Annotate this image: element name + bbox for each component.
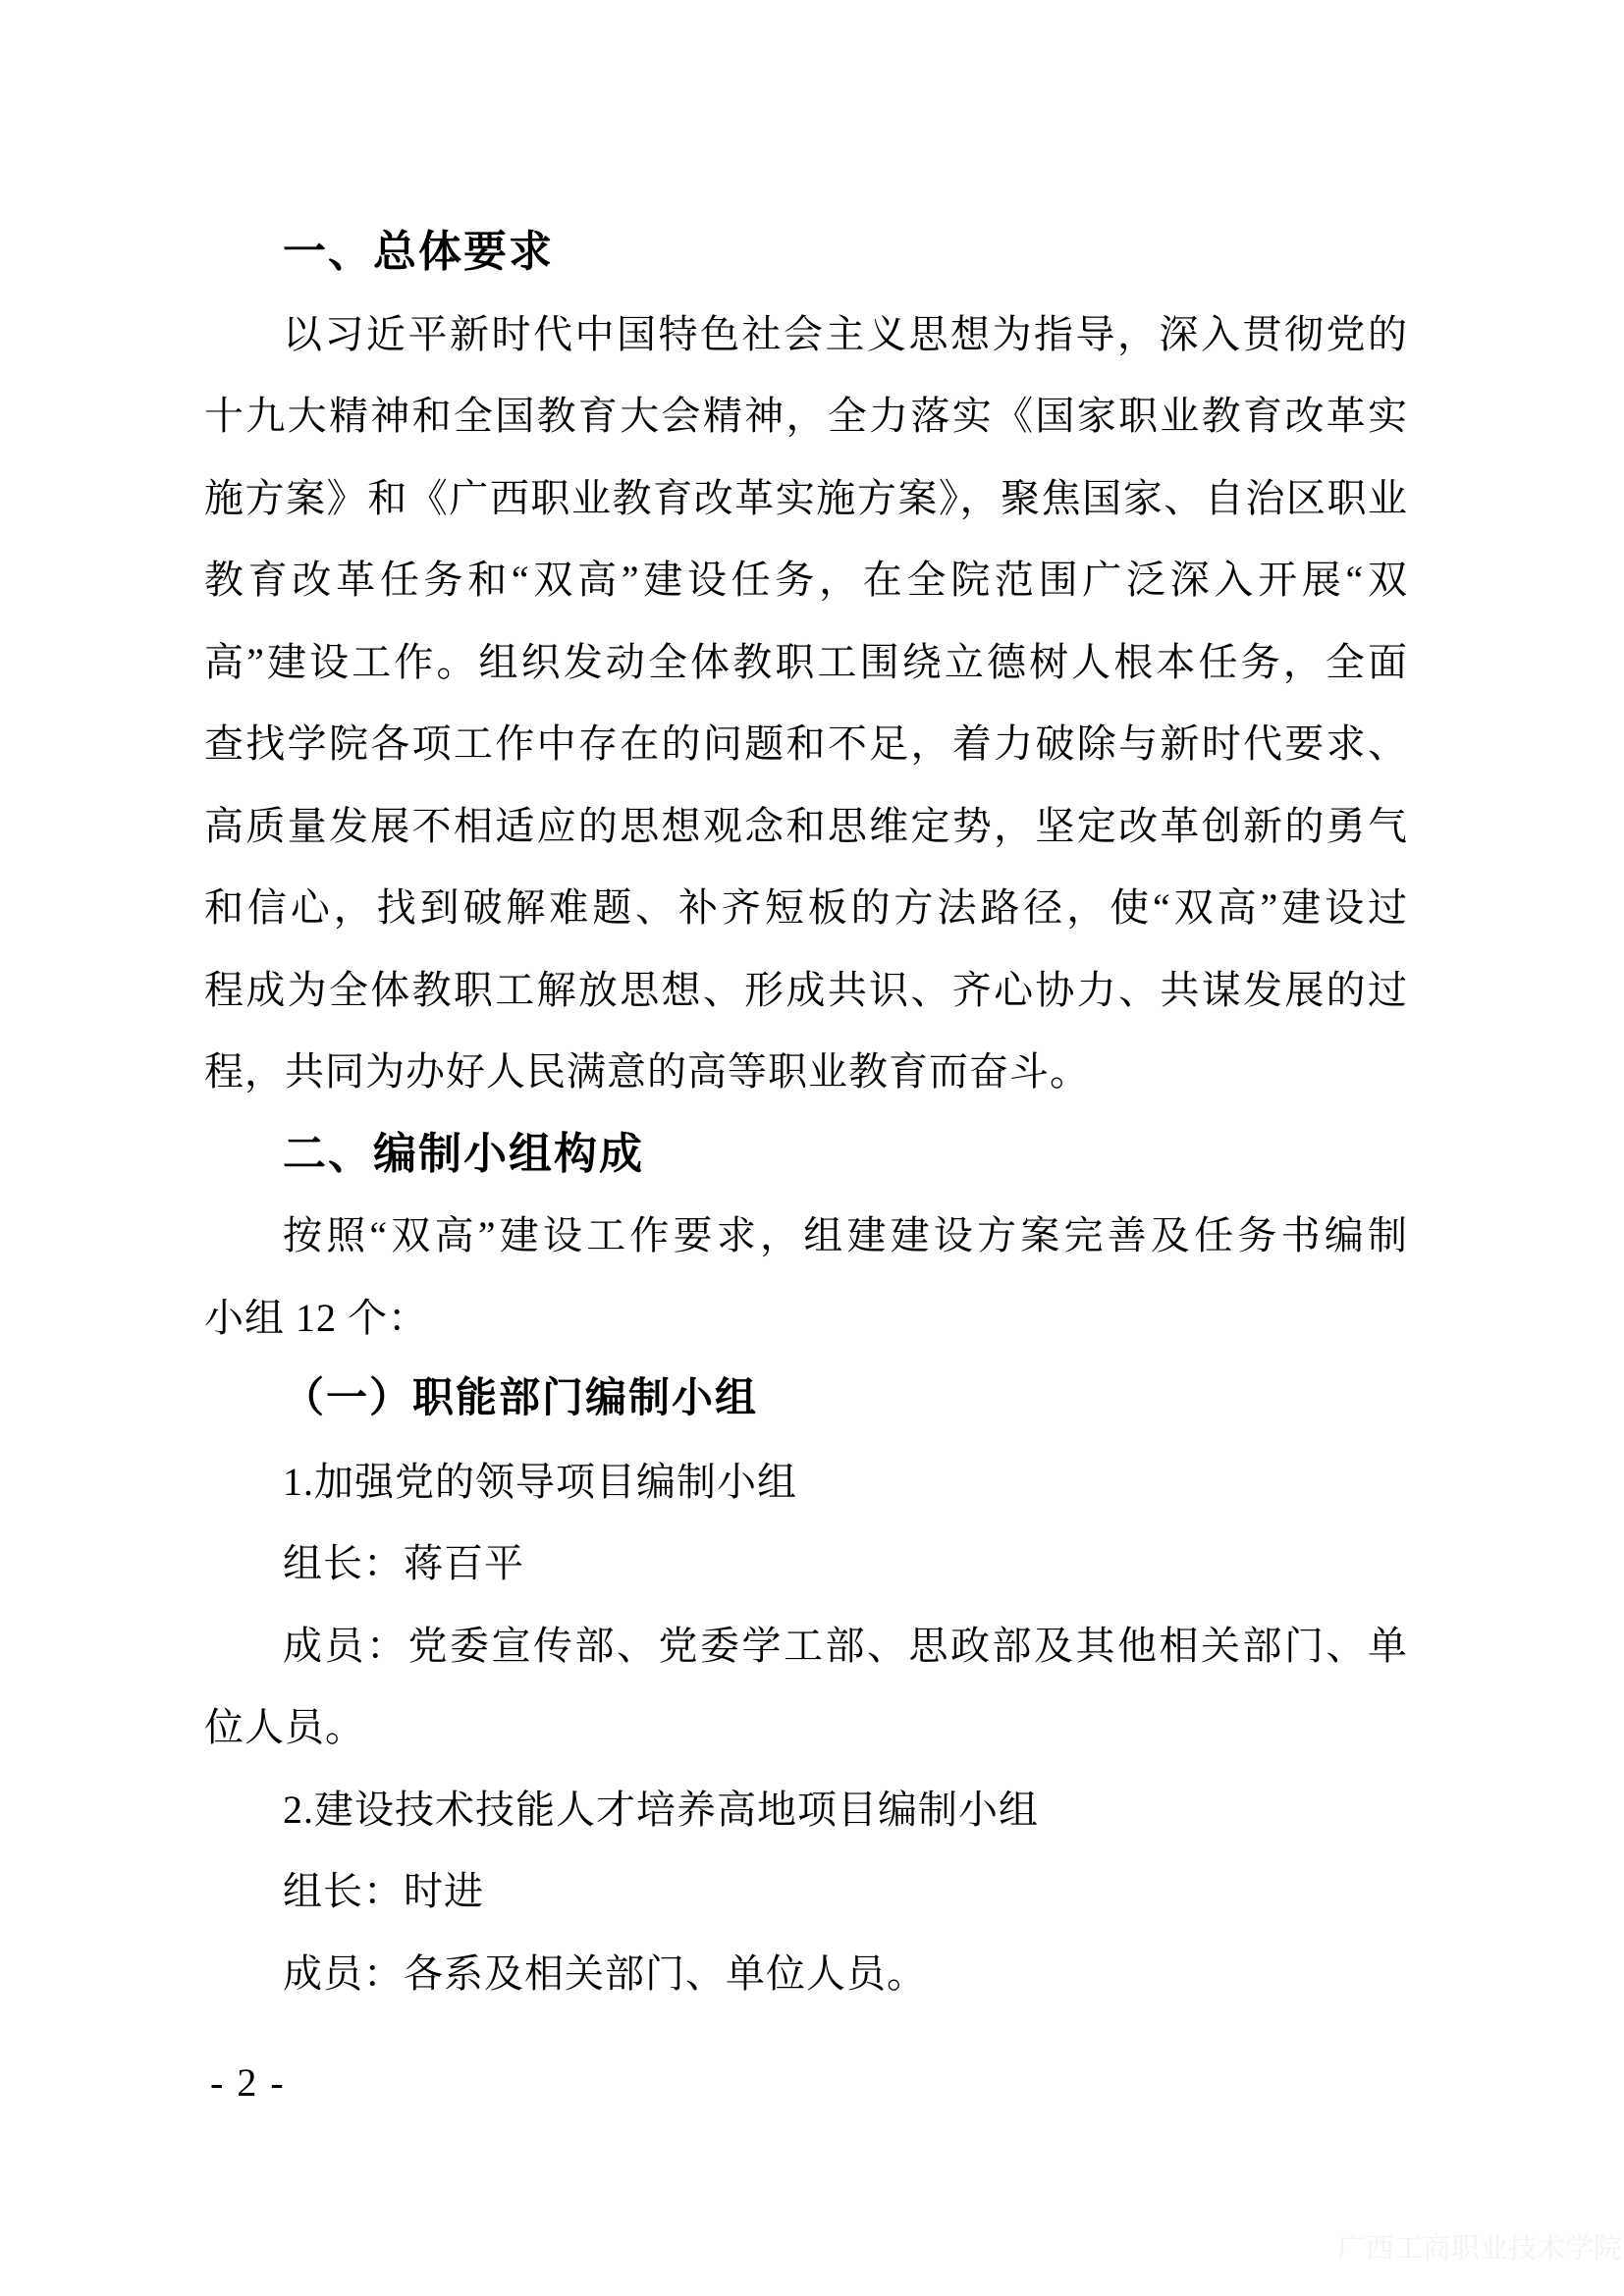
- paragraph-1-line-1: 以习近平新时代中国特色社会主义思想为指导，深入贯彻党的: [204, 294, 1408, 376]
- document-body: 一、总体要求 以习近平新时代中国特色社会主义思想为指导，深入贯彻党的 十九大精神…: [204, 211, 1408, 2014]
- group-2-leader: 组长：时进: [204, 1850, 1408, 1933]
- group-2-members: 成员：各系及相关部门、单位人员。: [204, 1933, 1408, 2015]
- paragraph-1-line-4: 教育改革任务和“双高”建设任务，在全院范围广泛深入开展“双: [204, 539, 1408, 621]
- paragraph-1-line-2: 十九大精神和全国教育大会精神，全力落实《国家职业教育改革实: [204, 375, 1408, 457]
- group-1-title: 1.加强党的领导项目编制小组: [204, 1441, 1408, 1523]
- document-page: 一、总体要求 以习近平新时代中国特色社会主义思想为指导，深入贯彻党的 十九大精神…: [0, 0, 1624, 2296]
- paragraph-1-line-7: 高质量发展不相适应的思想观念和思维定势，坚定改革创新的勇气: [204, 785, 1408, 868]
- paragraph-1-line-5: 高”建设工作。组织发动全体教职工围绕立德树人根本任务，全面: [204, 621, 1408, 704]
- group-1-members-line-2: 位人员。: [204, 1686, 1408, 1769]
- paragraph-1-line-6: 查找学院各项工作中存在的问题和不足，着力破除与新时代要求、: [204, 703, 1408, 785]
- paragraph-2-line-1: 按照“双高”建设工作要求，组建建设方案完善及任务书编制: [204, 1195, 1408, 1277]
- group-2-title: 2.建设技术技能人才培养高地项目编制小组: [204, 1769, 1408, 1851]
- section-2-heading: 二、编制小组构成: [204, 1113, 1408, 1196]
- paragraph-2-line-2: 小组 12 个：: [204, 1277, 1408, 1360]
- watermark-text: 广西工商职业技术学院: [1337, 2226, 1624, 2271]
- section-1-heading: 一、总体要求: [204, 211, 1408, 294]
- group-1-members-line-1: 成员：党委宣传部、党委学工部、思政部及其他相关部门、单: [204, 1605, 1408, 1687]
- subsection-1-heading: （一）职能部门编制小组: [204, 1359, 1408, 1441]
- paragraph-1-line-9: 程成为全体教职工解放思想、形成共识、齐心协力、共谋发展的过: [204, 949, 1408, 1032]
- paragraph-1-line-3: 施方案》和《广西职业教育改革实施方案》，聚焦国家、自治区职业: [204, 457, 1408, 540]
- paragraph-1-line-10: 程，共同为办好人民满意的高等职业教育而奋斗。: [204, 1031, 1408, 1113]
- paragraph-1-line-8: 和信心，找到破解难题、补齐短板的方法路径，使“双高”建设过: [204, 867, 1408, 949]
- group-1-leader: 组长：蒋百平: [204, 1522, 1408, 1605]
- footer-page-number: - 2 -: [210, 2059, 286, 2106]
